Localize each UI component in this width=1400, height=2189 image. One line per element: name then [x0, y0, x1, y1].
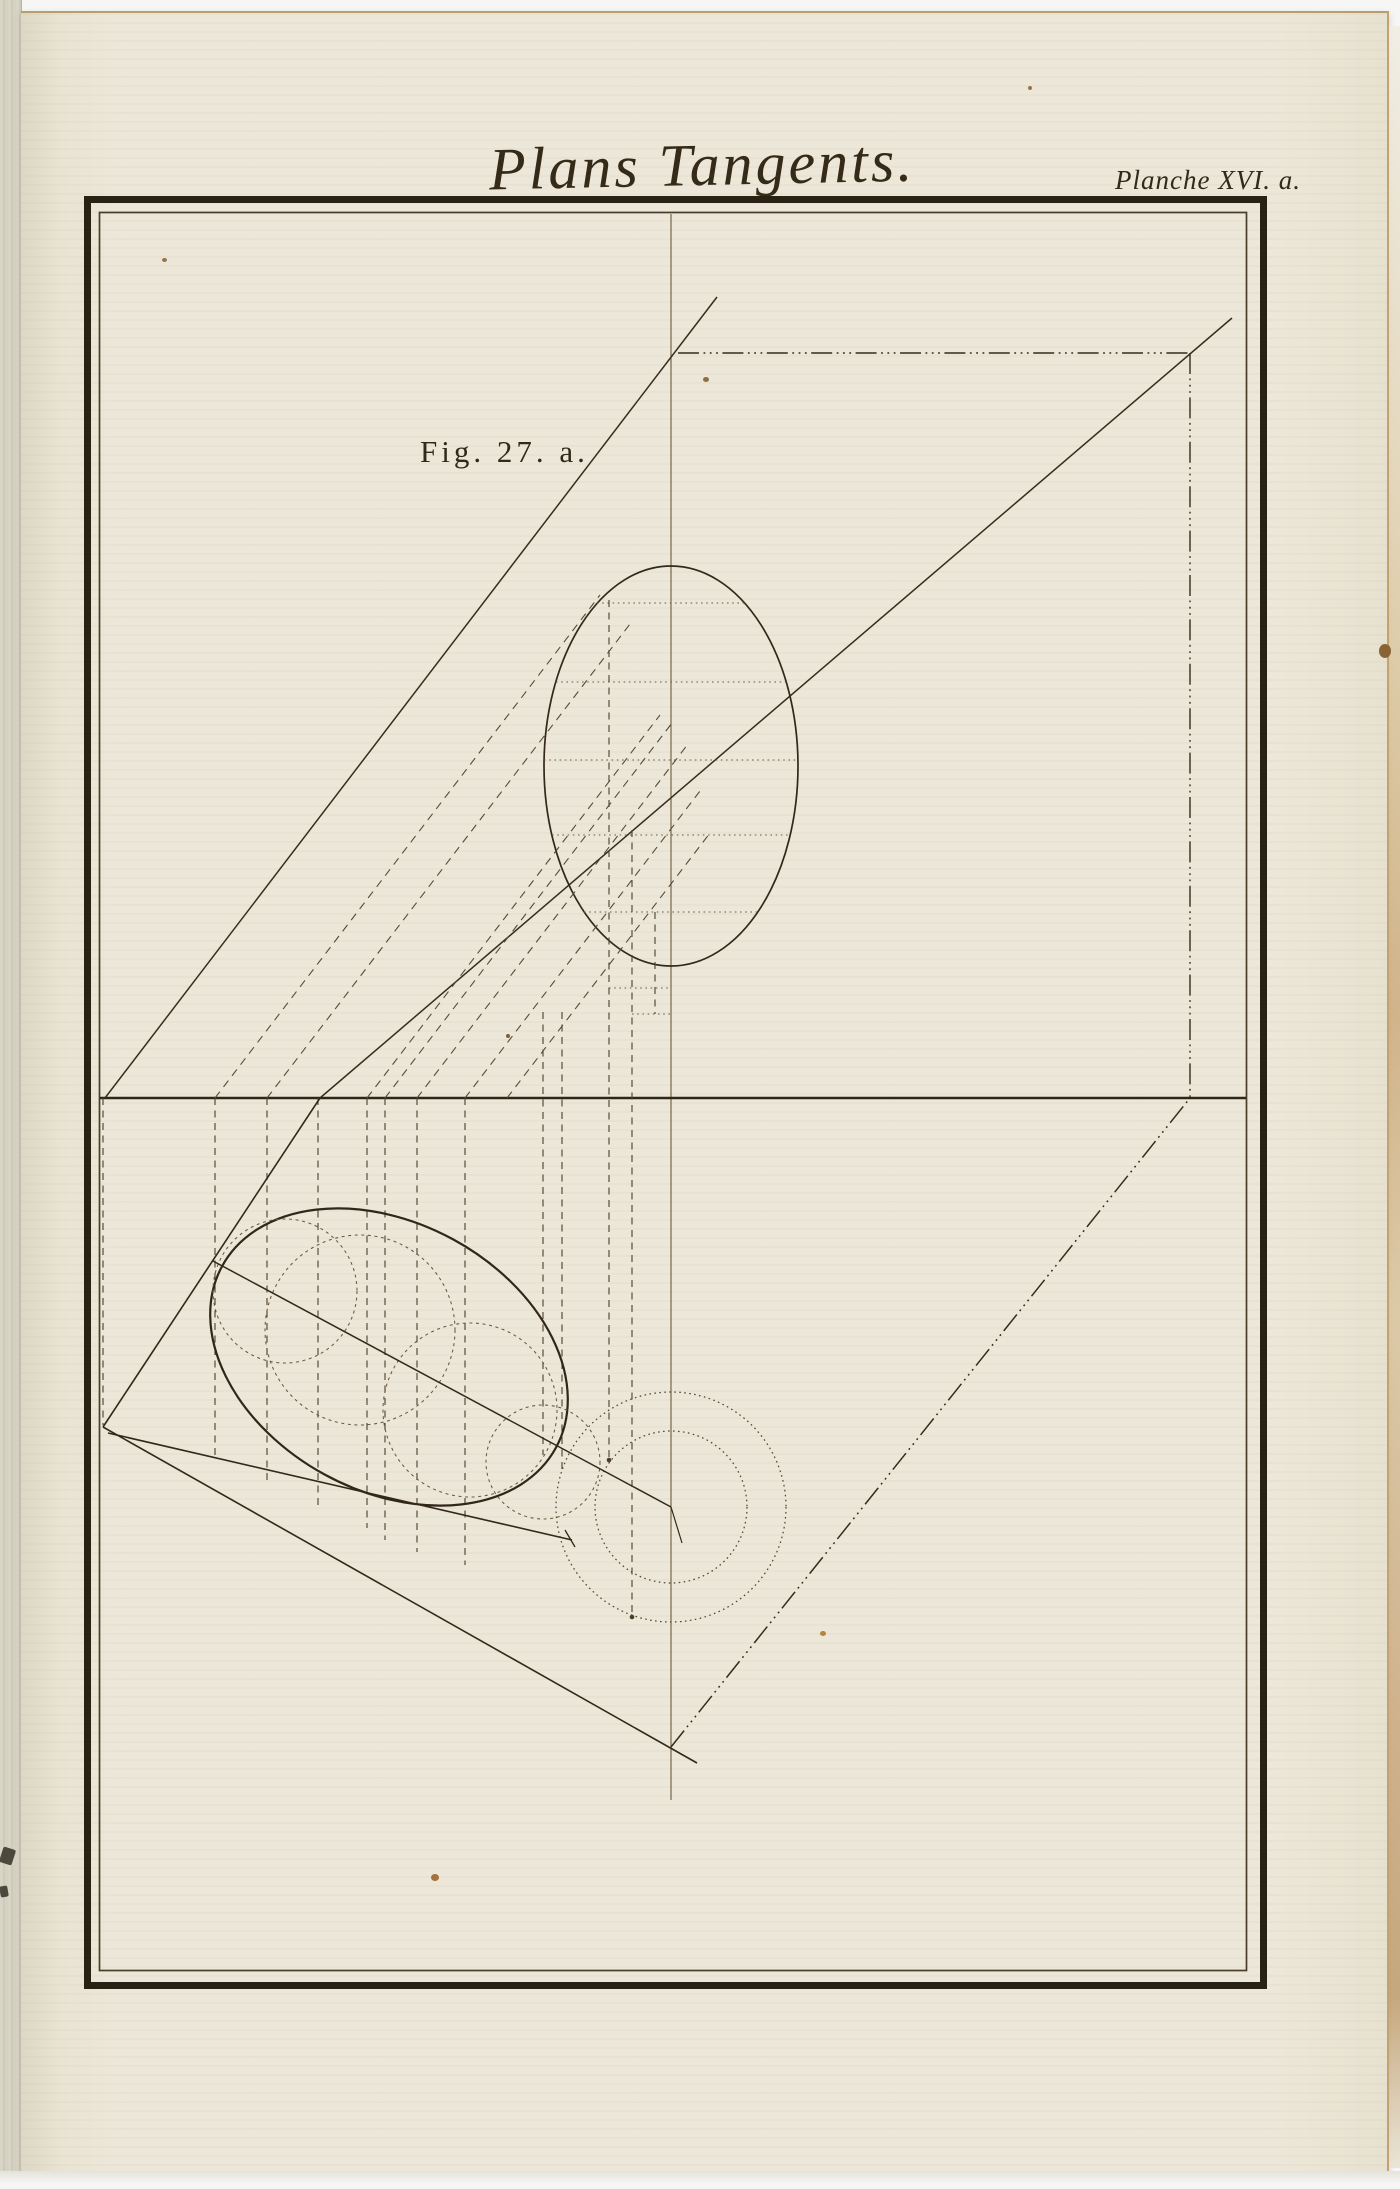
axis-end-stub	[671, 1507, 682, 1543]
foxing-speck	[162, 258, 167, 262]
projection-ray-fan	[215, 595, 710, 1098]
foxing-speck	[1028, 86, 1032, 90]
section-circles	[213, 1219, 600, 1519]
dashdot-diagonal	[671, 1098, 1190, 1747]
construction-grid-verticals	[543, 600, 655, 1617]
lower-ellipse	[158, 1149, 620, 1566]
apex-lower-line	[103, 1427, 697, 1763]
foxing-speck	[506, 1034, 510, 1038]
plate-border-outer	[88, 200, 1264, 1986]
apex-upper-tangent	[103, 1098, 320, 1427]
base-tangent-line	[108, 1433, 572, 1540]
grid-end-dots	[607, 1458, 635, 1620]
ellipse-axis-line	[213, 1261, 671, 1507]
foxing-speck	[820, 1631, 826, 1636]
foxing-speck	[431, 1874, 439, 1881]
foxing-speck	[703, 377, 709, 382]
upper-projection-lines	[105, 297, 1232, 1098]
foxing-speck	[1379, 644, 1391, 658]
engraving-drawing	[0, 0, 1400, 2189]
left-trace-diagonal	[105, 297, 717, 1098]
dropped-verticals	[103, 1098, 465, 1565]
lower-projection-lines	[103, 1098, 697, 1763]
